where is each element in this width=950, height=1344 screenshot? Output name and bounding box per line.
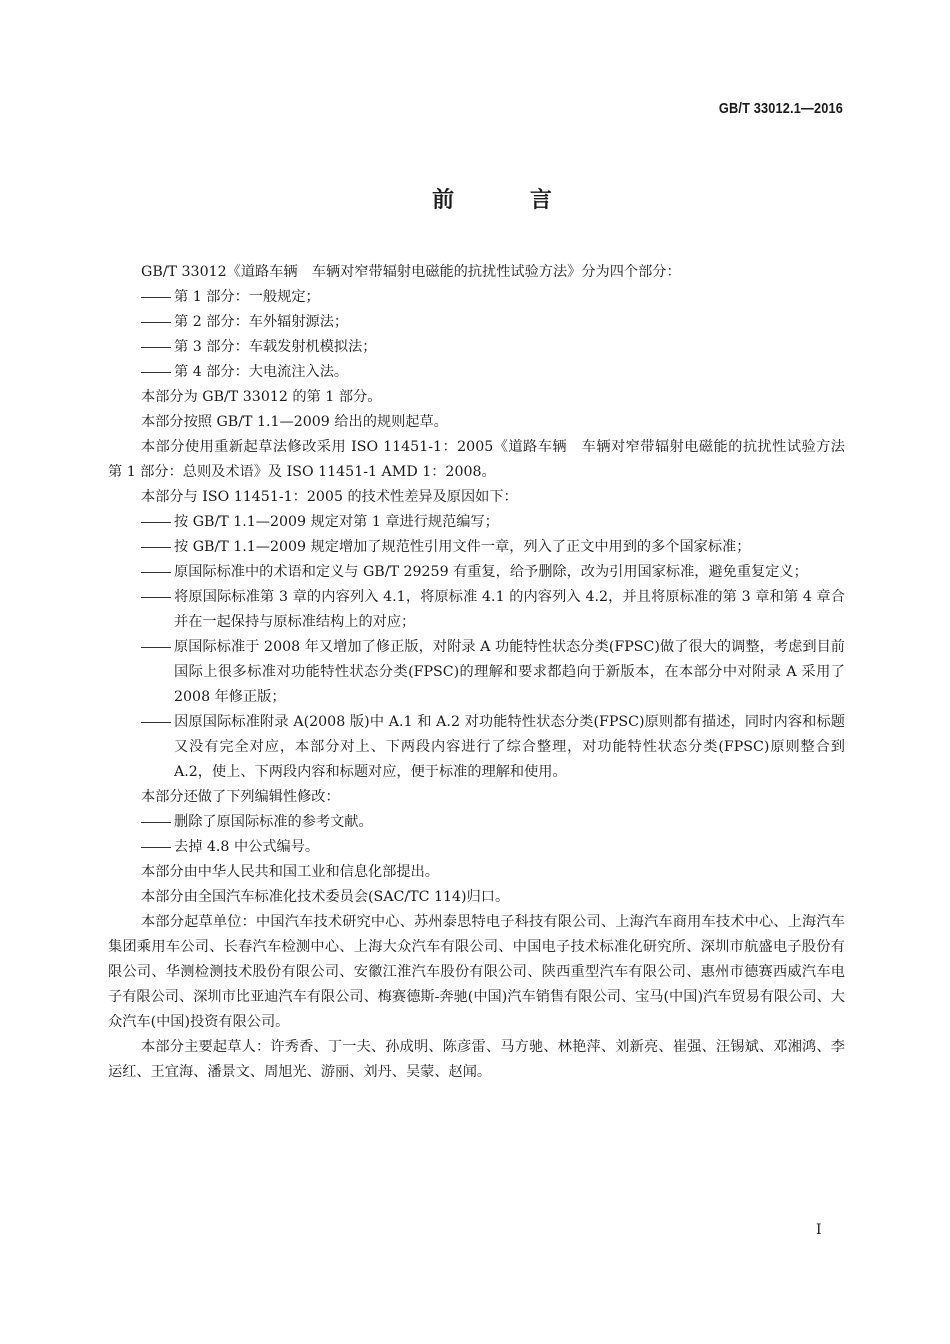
dash-marker (141, 635, 174, 660)
paragraph-differences-intro: 本部分与 ISO 11451-1：2005 的技术性差异及原因如下： (108, 485, 845, 510)
list-item-difference: 按 GB/T 1.1—2009 规定增加了规范性引用文件一章，列入了正文中用到的… (108, 535, 845, 560)
paragraph-part-statement: 本部分为 GB/T 33012 的第 1 部分。 (108, 385, 845, 410)
dash-marker (141, 335, 174, 360)
page-number: I (816, 1222, 822, 1238)
list-item-editorial: 去掉 4.8 中公式编号。 (108, 835, 845, 860)
list-item-editorial: 删除了原国际标准的参考文献。 (108, 810, 845, 835)
list-item-part: 第 2 部分：车外辐射源法； (108, 310, 845, 335)
paragraph-intro: GB/T 33012《道路车辆 车辆对窄带辐射电磁能的抗扰性试验方法》分为四个部… (108, 260, 845, 285)
list-item-difference: 原国际标准中的术语和定义与 GB/T 29259 有重复，给予删除，改为引用国家… (108, 560, 845, 585)
dash-marker (141, 535, 174, 560)
list-item-part: 第 3 部分：车载发射机模拟法； (108, 335, 845, 360)
list-item-part: 第 4 部分：大电流注入法。 (108, 360, 845, 385)
list-item-difference: 原国际标准于 2008 年又增加了修正版，对附录 A 功能特性状态分类(FPSC… (108, 635, 845, 710)
list-item-difference: 因原国际标准附录 A(2008 版)中 A.1 和 A.2 对功能特性状态分类(… (108, 710, 845, 785)
dash-marker (141, 835, 174, 860)
list-item-difference: 按 GB/T 1.1—2009 规定对第 1 章进行规范编写； (108, 510, 845, 535)
paragraph-administrator: 本部分由全国汽车标准化技术委员会(SAC/TC 114)归口。 (108, 885, 845, 910)
paragraph-drafting-rules: 本部分按照 GB/T 1.1—2009 给出的规则起草。 (108, 410, 845, 435)
foreword-body: GB/T 33012《道路车辆 车辆对窄带辐射电磁能的抗扰性试验方法》分为四个部… (108, 260, 845, 1085)
dash-marker (141, 560, 174, 585)
dash-marker (141, 585, 174, 610)
paragraph-drafters: 本部分主要起草人：许秀香、丁一夫、孙成明、陈彦雷、马方驰、林艳萍、刘新亮、崔强、… (108, 1035, 845, 1085)
dash-marker (141, 310, 174, 335)
dash-marker (141, 710, 174, 735)
dash-marker (141, 360, 174, 385)
list-item-difference: 将原国际标准第 3 章的内容列入 4.1，将原标准 4.1 的内容列入 4.2，… (108, 585, 845, 635)
paragraph-adoption: 本部分使用重新起草法修改采用 ISO 11451-1：2005《道路车辆 车辆对… (108, 435, 845, 485)
list-item-part: 第 1 部分：一般规定； (108, 285, 845, 310)
dash-marker (141, 285, 174, 310)
dash-marker (141, 510, 174, 535)
paragraph-editorial-intro: 本部分还做了下列编辑性修改： (108, 785, 845, 810)
standard-code: GB/T 33012.1—2016 (719, 100, 843, 117)
page-title: 前 言 (0, 183, 950, 214)
paragraph-proposer: 本部分由中华人民共和国工业和信息化部提出。 (108, 860, 845, 885)
paragraph-drafting-units: 本部分起草单位：中国汽车技术研究中心、苏州泰思特电子科技有限公司、上海汽车商用车… (108, 910, 845, 1035)
dash-marker (141, 810, 174, 835)
